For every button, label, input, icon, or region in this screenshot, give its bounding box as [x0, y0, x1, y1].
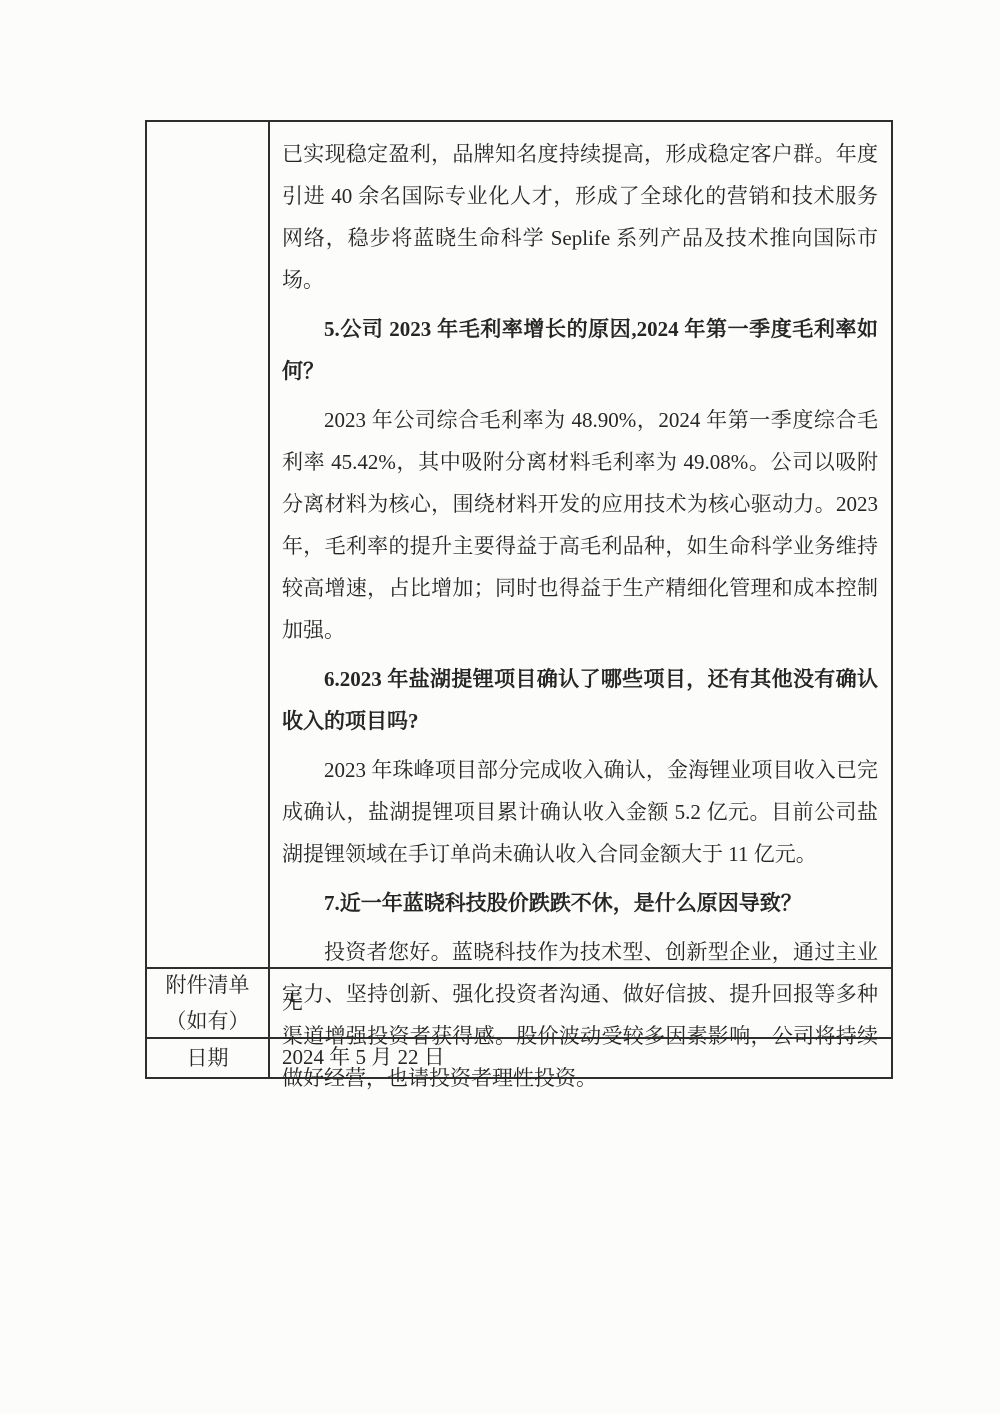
date-label: 日期: [187, 1040, 229, 1076]
question-6-answer: 2023 年珠峰项目部分完成收入确认，金海锂业项目收入已完成确认，盐湖提锂项目累…: [282, 749, 878, 875]
paragraph-continuation: 已实现稳定盈利，品牌知名度持续提高，形成稳定客户群。年度引进 40 余名国际专业…: [282, 133, 878, 301]
attachment-value: 无: [282, 989, 303, 1016]
question-5-heading: 5.公司 2023 年毛利率增长的原因,2024 年第一季度毛利率如何？: [282, 308, 878, 392]
date-value: 2024 年 5 月 22 日: [282, 1044, 445, 1071]
qa-table: 已实现稳定盈利，品牌知名度持续提高，形成稳定客户群。年度引进 40 余名国际专业…: [145, 120, 893, 1079]
main-content-row: 已实现稳定盈利，品牌知名度持续提高，形成稳定客户群。年度引进 40 余名国际专业…: [147, 122, 891, 967]
attachment-value-cell: 无: [270, 969, 891, 1037]
date-label-cell: 日期: [147, 1039, 270, 1077]
date-value-cell: 2024 年 5 月 22 日: [270, 1039, 891, 1077]
attachment-row: 附件清单 （如有） 无: [147, 967, 891, 1037]
main-row-content-cell: 已实现稳定盈利，品牌知名度持续提高，形成稳定客户群。年度引进 40 余名国际专业…: [270, 122, 891, 967]
date-row: 日期 2024 年 5 月 22 日: [147, 1037, 891, 1077]
attachment-label-line1: 附件清单: [166, 967, 250, 1003]
attachment-label-line2: （如有）: [166, 1003, 250, 1039]
question-7-heading: 7.近一年蓝晓科技股价跌跌不休，是什么原因导致？: [282, 882, 878, 924]
question-5-answer: 2023 年公司综合毛利率为 48.90%，2024 年第一季度综合毛利率 45…: [282, 399, 878, 651]
main-row-label-cell: [147, 122, 270, 967]
attachment-label-cell: 附件清单 （如有）: [147, 969, 270, 1037]
question-6-heading: 6.2023 年盐湖提锂项目确认了哪些项目，还有其他没有确认收入的项目吗?: [282, 658, 878, 742]
document-page: 已实现稳定盈利，品牌知名度持续提高，形成稳定客户群。年度引进 40 余名国际专业…: [0, 0, 1000, 1414]
